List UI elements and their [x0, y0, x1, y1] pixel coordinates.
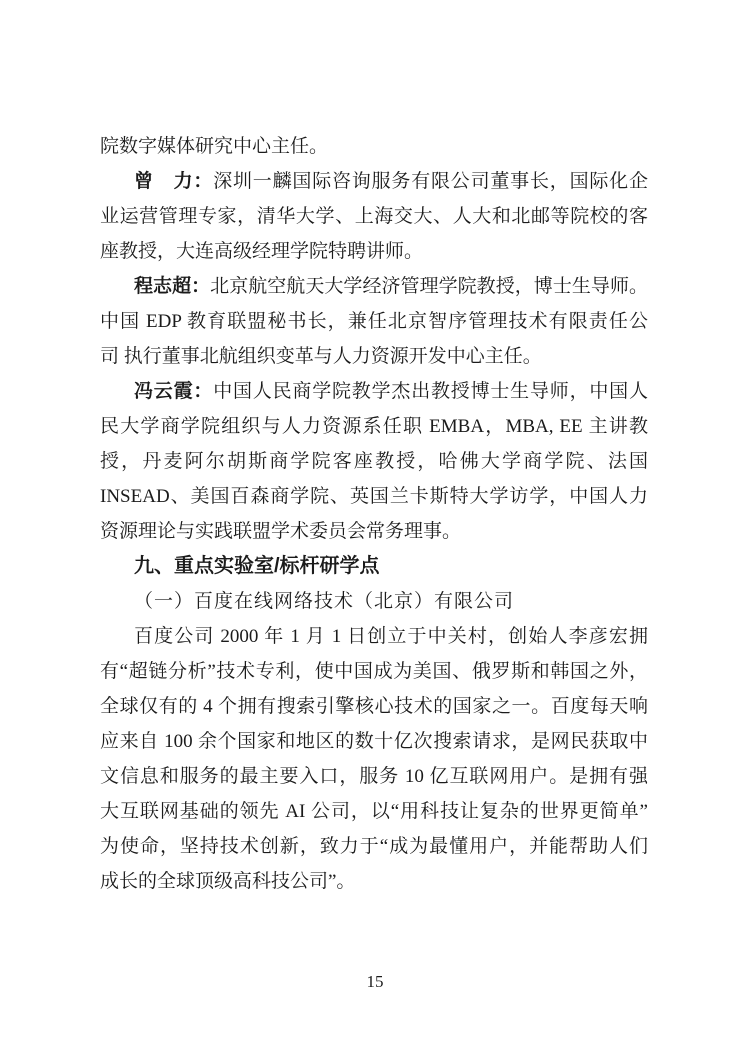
bio-chengzhichao-line-1: 程志超：北京航空航天大学经济管理学院教授，博士生导师。 [100, 269, 648, 304]
bio-chengzhichao-name: 程志超： [134, 276, 210, 297]
bio-fengyunxia-line-2: 民大学商学院组织与人力资源系任职 EMBA，MBA, EE 主讲教 [100, 409, 648, 444]
bio-chengzhichao-text: 北京航空航天大学经济管理学院教授，博士生导师。 [210, 276, 648, 297]
bio-fengyunxia-text: 中国人民商学院教学杰出教授博士生导师，中国人 [213, 381, 648, 402]
bio-fengyunxia-line-4: INSEAD、美国百森商学院、英国兰卡斯特大学访学，中国人力 [100, 479, 648, 514]
baidu-paragraph-line-1: 百度公司 2000 年 1 月 1 日创立于中关村，创始人李彦宏拥 [100, 619, 648, 654]
bio-zengli-line-2: 业运营管理专家，清华大学、上海交大、人大和北邮等院校的客 [100, 199, 648, 234]
bio-fengyunxia-line-5: 资源理论与实践联盟学术委员会常务理事。 [100, 514, 648, 549]
bio-zengli-text: 深圳一麟国际咨询服务有限公司董事长，国际化企 [213, 171, 648, 192]
text-column: 院数字媒体研究中心主任。 曾 力：深圳一麟国际咨询服务有限公司董事长，国际化企 … [100, 129, 648, 899]
bio-fengyunxia-line-3: 授，丹麦阿尔胡斯商学院客座教授，哈佛大学商学院、法国 [100, 444, 648, 479]
baidu-paragraph-line-2: 有“超链分析”技术专利，使中国成为美国、俄罗斯和韩国之外， [100, 654, 648, 689]
baidu-paragraph-line-6: 大互联网基础的领先 AI 公司，以“用科技让复杂的世界更简单” [100, 794, 648, 829]
bio-zengli-line-1: 曾 力：深圳一麟国际咨询服务有限公司董事长，国际化企 [100, 164, 648, 199]
section-heading: 九、重点实验室/标杆研学点 [100, 549, 648, 584]
baidu-paragraph-line-3: 全球仅有的 4 个拥有搜索引擎核心技术的国家之一。百度每天响 [100, 689, 648, 724]
page-number: 15 [0, 972, 750, 992]
baidu-paragraph-line-8: 成长的全球顶级高科技公司”。 [100, 864, 648, 899]
baidu-paragraph-line-5: 文信息和服务的最主要入口，服务 10 亿互联网用户。是拥有强 [100, 759, 648, 794]
continuation-line: 院数字媒体研究中心主任。 [100, 129, 648, 164]
subsection-heading: （一）百度在线网络技术（北京）有限公司 [100, 584, 648, 619]
baidu-paragraph-line-4: 应来自 100 余个国家和地区的数十亿次搜索请求，是网民获取中 [100, 724, 648, 759]
bio-chengzhichao-line-2: 中国 EDP 教育联盟秘书长，兼任北京智序管理技术有限责任公 [100, 304, 648, 339]
document-page: 院数字媒体研究中心主任。 曾 力：深圳一麟国际咨询服务有限公司董事长，国际化企 … [0, 0, 750, 1060]
bio-fengyunxia-name: 冯云霞： [134, 381, 213, 402]
bio-zengli-line-3: 座教授，大连高级经理学院特聘讲师。 [100, 234, 648, 269]
bio-fengyunxia-line-1: 冯云霞：中国人民商学院教学杰出教授博士生导师，中国人 [100, 374, 648, 409]
bio-chengzhichao-line-3: 司 执行董事北航组织变革与人力资源开发中心主任。 [100, 339, 648, 374]
bio-zengli-name: 曾 力： [134, 171, 213, 192]
baidu-paragraph-line-7: 为使命，坚持技术创新，致力于“成为最懂用户，并能帮助人们 [100, 829, 648, 864]
